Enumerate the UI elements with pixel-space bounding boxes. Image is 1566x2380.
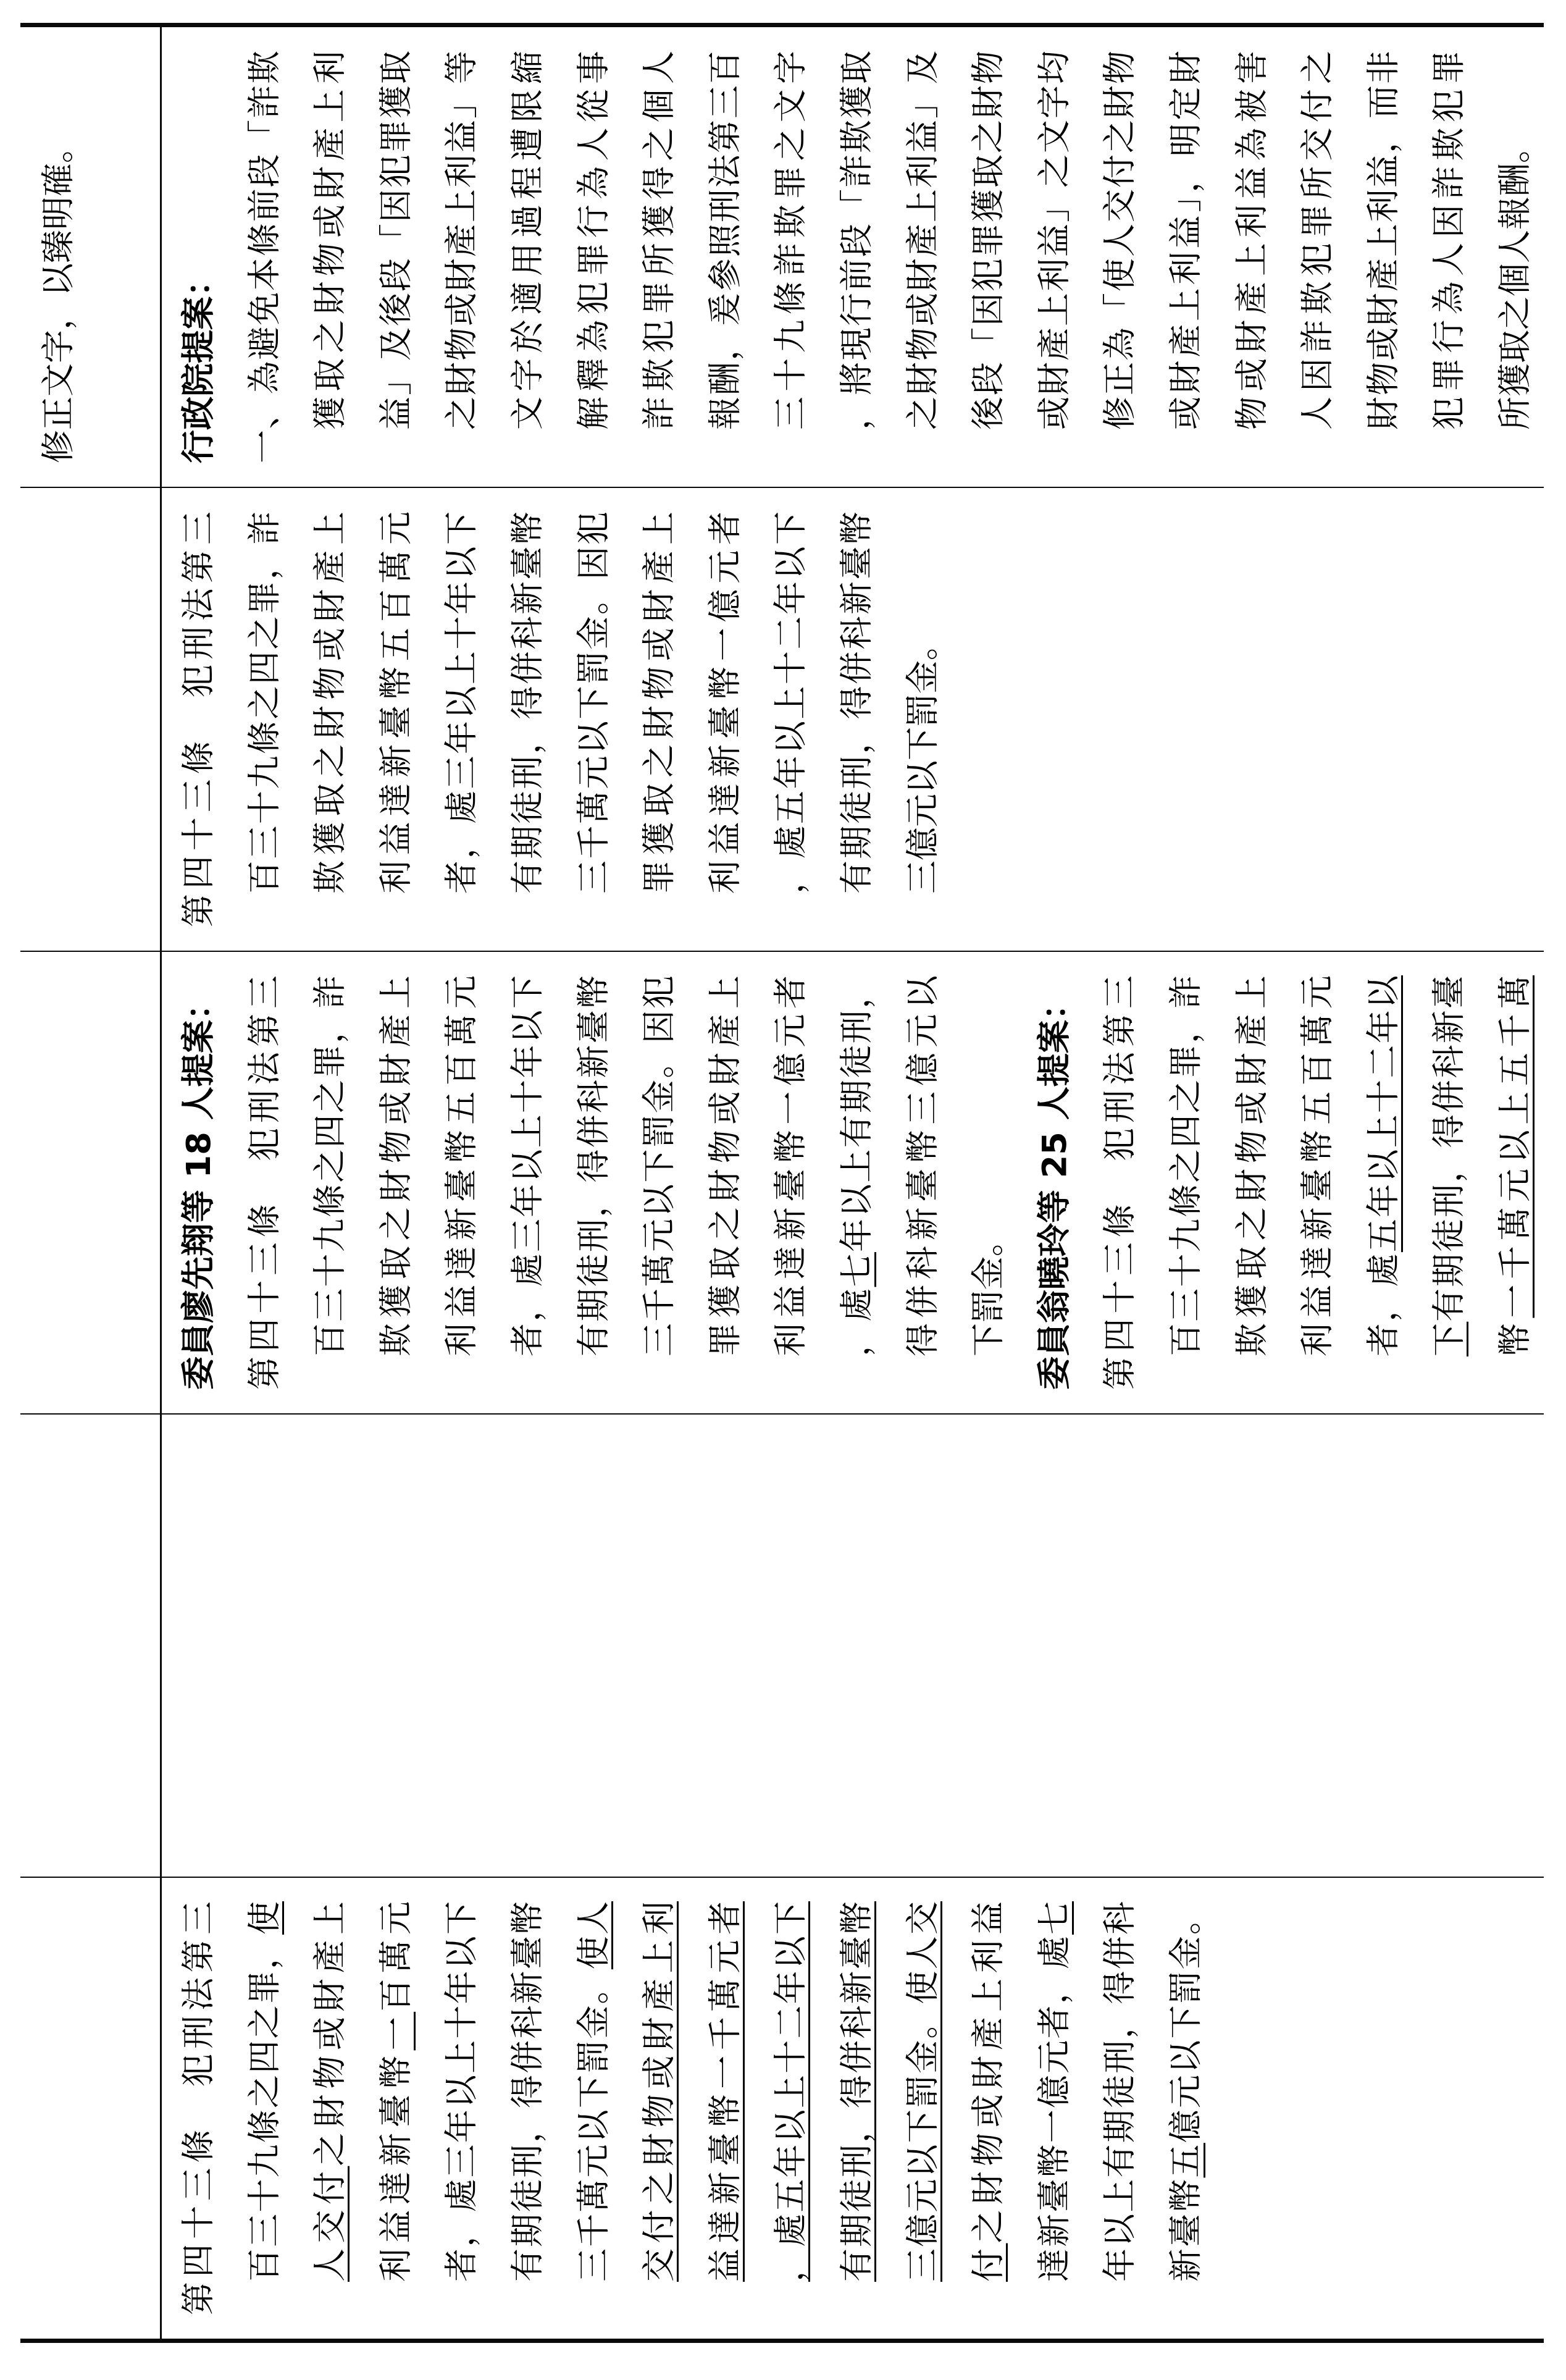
- table-left-border: [20, 2339, 1544, 2343]
- text-line: 財物或財產上利益，而非: [1351, 51, 1417, 463]
- continuation-cell-blank: [20, 1415, 160, 1877]
- text-segment: 之財物或財產上利益: [969, 1901, 1008, 2243]
- text-segment: 百萬元: [377, 1901, 416, 2012]
- text-line: 文字於適用過程遭限縮: [495, 51, 561, 463]
- text-segment: 新臺幣: [1166, 2177, 1205, 2282]
- text-segment: 百三十九條之四之罪，: [245, 1935, 284, 2282]
- text-line: 修正文字，以臻明確。: [26, 51, 92, 463]
- text-line: 所獲取之個人報酬。: [1483, 51, 1549, 463]
- text-segment: 三千萬元以下罰金。: [574, 1969, 613, 2282]
- text-line: 有期徒刑，得併科新臺幣: [495, 1901, 561, 2315]
- text-line: ，將現行前段「詐欺獲取: [824, 51, 890, 463]
- continuation-cell-committee-proposals: [20, 952, 160, 1413]
- text-line: 獲取之財物或財產上利: [298, 51, 364, 463]
- text-line: 三億元以下罰金。: [890, 511, 957, 927]
- text-line: 之財物或財產上利益」等: [429, 51, 495, 463]
- text-line: 幣一千萬元以上五千萬: [1483, 975, 1549, 1390]
- text-line: 百三十九條之四之罪，詐: [232, 511, 298, 927]
- text-line: 者，處三年以上十年以下: [495, 975, 561, 1390]
- text-line: 三千萬元以下罰金。使人: [561, 1901, 627, 2315]
- underlined-amendment: 一千萬元以上五千萬: [1496, 975, 1535, 1318]
- text-line: ，處七年以上有期徒刑，: [824, 975, 890, 1390]
- underlined-amendment: 使: [245, 1901, 284, 1935]
- text-line: 第四十三條 犯刑法第三: [166, 1901, 232, 2315]
- text-segment: 年以上有期徒刑，: [837, 975, 876, 1252]
- text-line: 益達新臺幣一千萬元者: [693, 1901, 759, 2315]
- blank-cell: [162, 1415, 1544, 1877]
- underlined-amendment: 五年以上十二年以: [1364, 975, 1403, 1252]
- explanation-cell: 行政院提案： 一、為避免本條前段「詐欺 獲取之財物或財產上利 益」及後段「因犯罪…: [162, 27, 1544, 487]
- underlined-amendment: 一: [377, 2012, 416, 2050]
- underlined-amendment: 使人: [574, 1901, 613, 1969]
- underlined-amendment: 三億元以下罰金。使人交: [903, 1901, 942, 2282]
- amended-article-cell: 第四十三條 犯刑法第三 百三十九條之四之罪，使 人交付之財物或財產上 利益達新臺…: [162, 1878, 1544, 2339]
- text-line: 利益達新臺幣五百萬元: [364, 511, 430, 927]
- text-line: 付之財物或財產上利益: [956, 1901, 1022, 2315]
- text-line: 交付之財物或財產上利: [627, 1901, 693, 2315]
- text-line: 益」及後段「因犯罪獲取: [364, 51, 430, 463]
- text-line: 下罰金。: [956, 975, 1022, 1390]
- text-line: 百三十九條之四之罪，詐: [1154, 975, 1220, 1390]
- underlined-amendment: 益達新臺幣一千萬元者: [706, 1901, 745, 2282]
- current-law-cell: 第四十三條 犯刑法第三 百三十九條之四之罪，詐 欺獲取之財物或財產上 利益達新臺…: [162, 488, 1544, 951]
- text-segment: 之財物或財產上: [311, 1901, 350, 2166]
- text-line: 有期徒刑，得併科新臺幣: [824, 511, 890, 927]
- text-line: 下有期徒刑，得併科新臺: [1417, 975, 1483, 1390]
- text-line: ，處五年以上十二年以下: [758, 1901, 824, 2315]
- proposal-heading: 委員廖先翔等 18 人提案：: [166, 975, 232, 1390]
- underlined-amendment: 下: [1430, 1322, 1468, 1356]
- text-line: 達新臺幣一億元者，處七: [1022, 1901, 1088, 2315]
- text-line: 報酬，爰參照刑法第三百: [693, 51, 759, 463]
- text-line: 利益達新臺幣一百萬元: [364, 1901, 430, 2315]
- text-line: 年以上有期徒刑，得併科: [1087, 1901, 1154, 2315]
- continuation-cell-explanation: 修正文字，以臻明確。: [20, 27, 160, 487]
- text-line: 利益達新臺幣一億元者: [693, 511, 759, 927]
- underlined-amendment: 七: [1035, 1901, 1074, 1935]
- text-line: 有期徒刑，得併科新臺幣: [561, 975, 627, 1390]
- text-line: 罪獲取之財物或財產上: [627, 511, 693, 927]
- text-line: ，處五年以上十二年以下: [758, 511, 824, 927]
- text-line: 者，處三年以上十年以下: [429, 1901, 495, 2315]
- text-line: 欺獲取之財物或財產上: [1220, 975, 1286, 1390]
- continuation-cell-amended-article: [20, 1878, 160, 2339]
- text-line: 之財物或財產上利益」及: [890, 51, 957, 463]
- text-line: 物或財產上利益為被害: [1220, 51, 1286, 463]
- underlined-amendment: ，處五年以上十二年以下: [771, 1901, 810, 2282]
- text-line: 罪獲取之財物或財產上: [693, 975, 759, 1390]
- text-segment: 億元以下罰金。: [1166, 1901, 1205, 2143]
- table-right-border: [20, 23, 1544, 27]
- underlined-amendment: 有期徒刑，得併科新臺幣: [837, 1901, 876, 2282]
- text-line: 欺獲取之財物或財產上: [298, 511, 364, 927]
- text-segment: ，處: [837, 1287, 876, 1356]
- text-line: 利益達新臺幣五百萬元: [429, 975, 495, 1390]
- text-line: 第四十三條 犯刑法第三: [166, 511, 232, 927]
- text-line: 第四十三條 犯刑法第三: [232, 975, 298, 1390]
- text-line: 後段「因犯罪獲取之財物: [956, 51, 1022, 463]
- committee-proposals-cell: 委員廖先翔等 18 人提案： 第四十三條 犯刑法第三 百三十九條之四之罪，詐 欺…: [162, 952, 1544, 1413]
- text-line: 犯罪行為人因詐欺犯罪: [1417, 51, 1483, 463]
- text-segment: 利益達新臺幣: [377, 2050, 416, 2282]
- underlined-amendment: 七: [837, 1252, 876, 1287]
- text-line: 人因詐欺犯罪所交付之: [1285, 51, 1351, 463]
- text-line: 三億元以下罰金。使人交: [890, 1901, 957, 2315]
- text-line: 有期徒刑，得併科新臺幣: [824, 1901, 890, 2315]
- text-segment: 者，處: [1364, 1252, 1403, 1356]
- text-line: 一、為避免本條前段「詐欺: [232, 51, 298, 463]
- continuation-cell-current-law: [20, 488, 160, 951]
- text-line: 或財產上利益」之文字均: [1022, 51, 1088, 463]
- underlined-amendment: 付: [969, 2243, 1008, 2282]
- text-line: 百三十九條之四之罪，使: [232, 1901, 298, 2315]
- text-line: 百三十九條之四之罪，詐: [298, 975, 364, 1390]
- text-segment: 幣: [1496, 1318, 1535, 1356]
- rotated-document-page: 修正文字，以臻明確。 第四十三條 犯刑法第三 百三十九條之四之罪，使 人交付之財…: [0, 0, 1566, 2380]
- text-segment: 有期徒刑，得併科新臺: [1430, 975, 1468, 1322]
- text-line: 者，處五年以上十二年以: [1351, 975, 1417, 1390]
- text-line: 者，處三年以上十年以下: [429, 511, 495, 927]
- explanation-heading: 行政院提案：: [166, 51, 232, 463]
- text-line: 三千萬元以下罰金。因犯: [627, 975, 693, 1390]
- text-line: 人交付之財物或財產上: [298, 1901, 364, 2315]
- text-segment: 達新臺幣一億元者，處: [1035, 1935, 1074, 2282]
- text-line: 新臺幣五億元以下罰金。: [1154, 1901, 1220, 2315]
- underlined-amendment: 人交付: [311, 2166, 350, 2282]
- text-line: 或財產上利益」，明定財: [1154, 51, 1220, 463]
- text-line: 有期徒刑，得併科新臺幣: [495, 511, 561, 927]
- text-line: 得併科新臺幣三億元以: [890, 975, 957, 1390]
- text-line: 詐欺犯罪所獲得之個人: [627, 51, 693, 463]
- text-line: 解釋為犯罪行為人從事: [561, 51, 627, 463]
- underlined-amendment: 交付之財物或財產上利: [640, 1901, 679, 2282]
- text-line: 利益達新臺幣五百萬元: [1285, 975, 1351, 1390]
- text-line: 第四十三條 犯刑法第三: [1087, 975, 1154, 1390]
- text-line: 欺獲取之財物或財產上: [364, 975, 430, 1390]
- proposal-heading: 委員翁曉玲等 25 人提案：: [1022, 975, 1088, 1390]
- text-line: 三千萬元以下罰金。因犯: [561, 511, 627, 927]
- text-line: 修正為「使人交付之財物: [1087, 51, 1154, 463]
- underlined-amendment: 五: [1166, 2143, 1205, 2177]
- text-line: 利益達新臺幣一億元者: [758, 975, 824, 1390]
- text-line: 三十九條詐欺罪之文字: [758, 51, 824, 463]
